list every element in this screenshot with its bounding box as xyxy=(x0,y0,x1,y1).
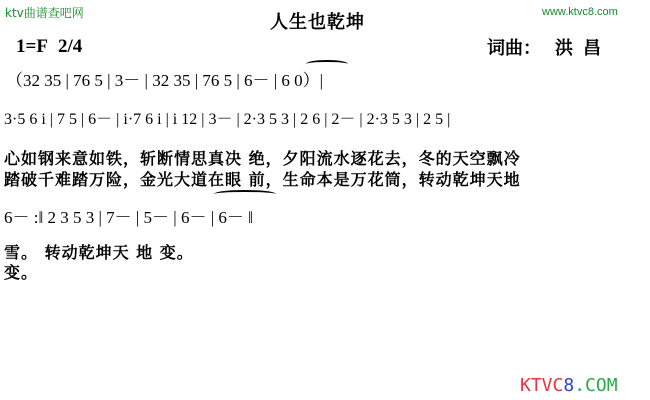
brand-logo-part1: KTVC xyxy=(520,375,563,396)
brand-logo: KTVC8.COM xyxy=(520,375,618,396)
brand-logo-part2: 8 xyxy=(563,375,574,396)
credit-label: 词曲： xyxy=(487,38,541,59)
score-line-3: 6－ :‖ 2 3 5 3 | 7－ | 5－ | 6－ | 6－ ‖ xyxy=(4,203,253,228)
site-url-watermark: www.ktvc8.com xyxy=(542,6,618,18)
key-signature: 1=F 2/4 xyxy=(16,36,82,58)
song-title: 人生也乾坤 xyxy=(270,8,365,34)
credit: 词曲：洪昌 xyxy=(487,34,611,60)
score-line-2: 3·5 6 i | 7 5 | 6－ | i·7 6 i | i 12 | 3－… xyxy=(4,106,450,129)
site-watermark: ktv曲谱查吧网 xyxy=(5,4,84,21)
credit-name: 洪昌 xyxy=(555,38,611,59)
lyrics-verse-2: 踏破千难踏万险，金光大道在眼 前，生命本是万花筒，转动乾坤天地 xyxy=(4,167,521,190)
lyrics-verse-1: 心如钢来意如铁，斩断情思真决 绝，夕阳流水逐花去，冬的天空飘冷 xyxy=(4,146,521,169)
lyrics-ending-2: 变。 xyxy=(4,260,38,283)
tie-mark xyxy=(214,190,276,198)
brand-logo-part3: .COM xyxy=(574,375,617,396)
score-line-1: （32 35 | 76 5 | 3－ | 32 35 | 76 5 | 6－ |… xyxy=(6,66,323,91)
